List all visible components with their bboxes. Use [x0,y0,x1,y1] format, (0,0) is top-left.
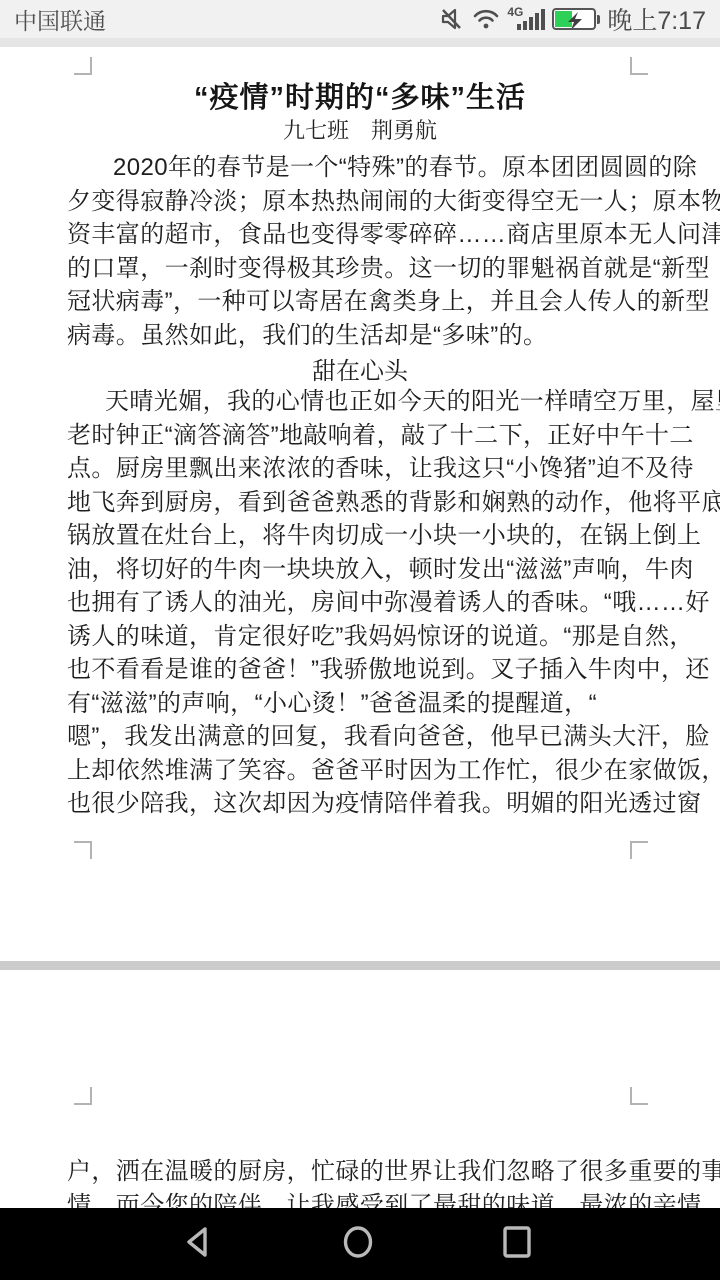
margin-corner-mark [630,1087,648,1105]
essay-title: “疫情”时期的“多味”生活 [0,75,720,116]
recents-button[interactable] [495,1222,539,1266]
signal-bars-icon: 4G [507,5,545,33]
back-button[interactable] [176,1222,220,1266]
margin-corner-mark [630,841,648,859]
text-line: 的口罩，一刹时变得极其珍贵。这一切的罪魁祸首就是“新型 [67,252,657,286]
home-button[interactable] [336,1222,380,1266]
clock-label: 晚上7:17 [607,1,706,37]
document-scroll-area[interactable]: “疫情”时期的“多味”生活 九七班 荆勇航 2020年的春节是一个“特殊”的春节… [0,47,720,1208]
paragraph-1: 2020年的春节是一个“特殊”的春节。原本团团圆圆的除夕变得寂静冷淡；原本热热闹… [67,151,657,352]
text-line: 资丰富的超市，食品也变得零零碎碎……商店里原本无人问津 [67,218,657,252]
text-line: 地飞奔到厨房，看到爸爸熟悉的背影和娴熟的动作，他将平底 [67,486,657,520]
essay-byline: 九七班 荆勇航 [0,114,720,145]
text-line: 油，将切好的牛肉一块块放入，顿时发出“滋滋”声响，牛肉 [67,553,657,587]
battery-charging-icon [552,8,600,30]
text-line: 夕变得寂静冷淡；原本热热闹闹的大街变得空无一人；原本物 [67,185,657,219]
text-line: 2020年的春节是一个“特殊”的春节。原本团团圆圆的除 [67,151,657,185]
mute-icon [439,6,465,32]
text-line: 户，洒在温暖的厨房，忙碌的世界让我们忽略了很多重要的事 [67,1155,657,1189]
text-line: 老时钟正“滴答滴答”地敲响着，敲了十二下，正好中午十二 [67,419,657,453]
page-break-divider [0,961,720,970]
text-line: 也拥有了诱人的油光，房间中弥漫着诱人的香味。“哦……好 [67,586,657,620]
text-line: 也很少陪我，这次却因为疫情陪伴着我。明媚的阳光透过窗 [67,787,657,821]
text-line: 天晴光媚，我的心情也正如今天的阳光一样晴空万里，屋里 [67,385,657,419]
signal-bars [517,9,545,30]
text-line: 有“滋滋”的声响，“小心烫！”爸爸温柔的提醒道，“ [67,687,657,721]
margin-corner-mark [630,57,648,75]
back-icon [179,1223,217,1266]
text-line: 诱人的味道，肯定很好吃”我妈妈惊讶的说道。“那是自然， [67,620,657,654]
text-line: 嗯”，我发出满意的回复，我看向爸爸，他早已满头大汗，脸 [67,720,657,754]
carrier-label: 中国联通 [14,3,106,36]
margin-corner-mark [74,841,92,859]
text-line: 点。厨房里飘出来浓浓的香味，让我这只“小馋猪”迫不及待 [67,452,657,486]
margin-corner-mark [74,57,92,75]
status-bar: 中国联通 4G [0,0,720,38]
text-line: 也不看看是谁的爸爸！”我骄傲地说到。叉子插入牛肉中，还 [67,653,657,687]
paragraph-2: 天晴光媚，我的心情也正如今天的阳光一样晴空万里，屋里老时钟正“滴答滴答”地敲响着… [67,385,657,821]
status-bar-right: 4G 晚上7:17 [439,1,706,37]
document-page-1: “疫情”时期的“多味”生活 九七班 荆勇航 2020年的春节是一个“特殊”的春节… [0,48,720,961]
phone-screen: 中国联通 4G [0,0,720,1280]
text-line: 冠状病毒”，一种可以寄居在禽类身上，并且会人传人的新型 [67,285,657,319]
text-line: 锅放置在灶台上，将牛肉切成一小块一小块的，在锅上倒上 [67,519,657,553]
recents-icon [498,1223,536,1266]
home-icon [339,1223,377,1266]
android-nav-bar [0,1208,720,1280]
text-line: 病毒。虽然如此，我们的生活却是“多味”的。 [67,319,657,353]
text-line: 上却依然堆满了笑容。爸爸平时因为工作忙，很少在家做饭， [67,754,657,788]
margin-corner-mark [74,1087,92,1105]
section-heading-sweet: 甜在心头 [0,355,720,389]
document-page-2: 户，洒在温暖的厨房，忙碌的世界让我们忽略了很多重要的事情，而今您的陪伴，让我感受… [0,970,720,1208]
toolbar-strip [0,38,720,47]
wifi-icon [472,7,500,31]
